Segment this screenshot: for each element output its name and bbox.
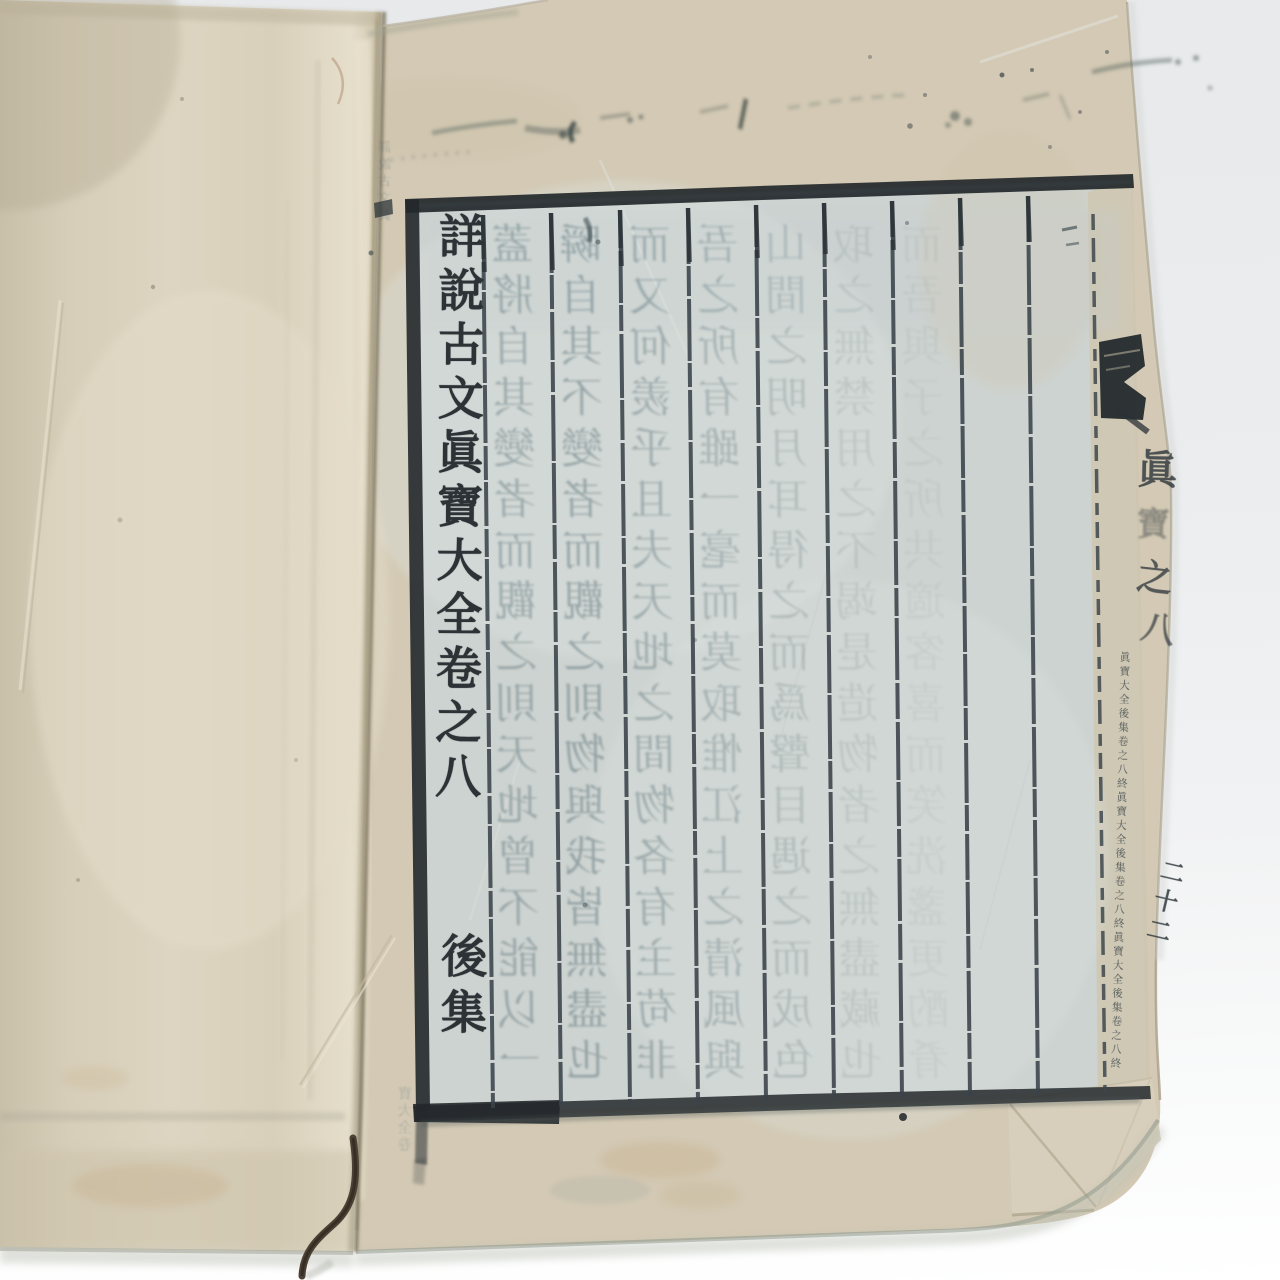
ink-layer — [0, 0, 1280, 1280]
binding-thread — [302, 1138, 356, 1276]
fishtail-mark — [1099, 334, 1146, 420]
handwriting-smudge — [390, 55, 1213, 160]
book-photo: 蓋將自其變者而觀之則天地曾不能以一 瞬自其不變者而觀之則物與我皆無盡也 而又何羨… — [0, 0, 1280, 1280]
column-rules — [483, 196, 1038, 1108]
frame-left-border — [405, 199, 430, 1113]
paper-speckles — [76, 50, 1109, 908]
